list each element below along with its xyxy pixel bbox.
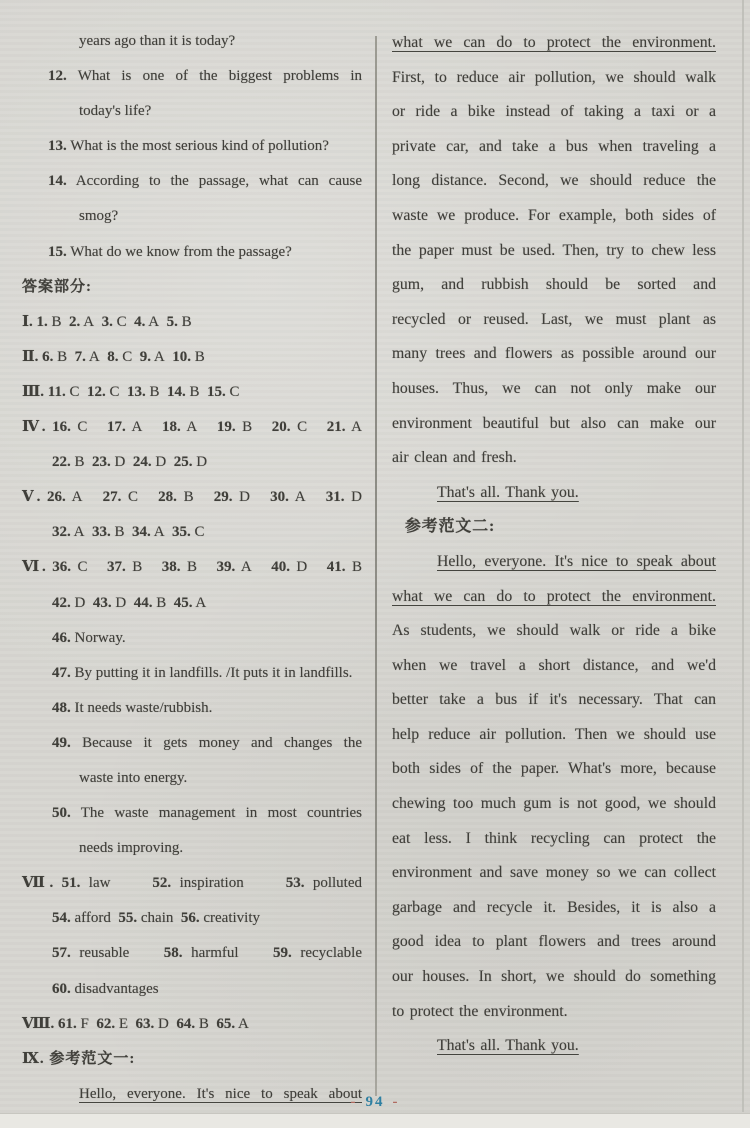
text-line: That's all. Thank you. [392,476,716,511]
text-line: houses. Thus, we can not only make our [392,372,716,407]
text-line: 参考范文二: [392,510,716,545]
text-line: 49. Because it gets money and changes th… [22,726,362,761]
text-line: what we can do to protect the environmen… [392,580,716,615]
text-line: Ⅱ. 6. B 7. A 8. C 9. A 10. B [22,340,362,375]
text-line: chewing too much gum is not good, we sho… [392,787,716,822]
text-line: 60. disadvantages [22,972,362,1007]
text-line: garbage and recycle it. Besides, it is a… [392,891,716,926]
text-line: 57. reusable 58. harmful 59. recyclable [22,936,362,971]
text-line: 47. By putting it in landfills. /It puts… [22,656,362,691]
text-line: long distance. Second, we should reduce … [392,164,716,199]
text-line: or ride a bike instead of taking a taxi … [392,95,716,130]
text-line: when we travel a short distance, and we'… [392,649,716,684]
footer-left-dash: - [351,1094,358,1110]
text-line: both sides of the paper. What's more, be… [392,752,716,787]
text-line: 42. D 43. D 44. B 45. A [22,586,362,621]
text-line: Ⅲ. 11. C 12. C 13. B 14. B 15. C [22,375,362,410]
text-line: First, to reduce air pollution, we shoul… [392,61,716,96]
left-column: years ago than it is today?12. What is o… [22,24,362,1112]
text-line: 22. B 23. D 24. D 25. D [22,445,362,480]
text-line: Ⅳ. 16. C 17. A 18. A 19. B 20. C 21. A [22,410,362,445]
text-line: needs improving. [22,831,362,866]
text-line: Ⅴ. 26. A 27. C 28. B 29. D 30. A 31. D [22,480,362,515]
text-line: private car, and take a bus when traveli… [392,130,716,165]
page-right-edge [742,0,744,1112]
text-line: many trees and flowers as possible aroun… [392,337,716,372]
text-line: the paper must be used. Then, try to che… [392,234,716,269]
text-line: recycled or reused. Last, we must plant … [392,303,716,338]
text-line: help reduce air pollution. Then we shoul… [392,718,716,753]
text-line: years ago than it is today? [22,24,362,59]
text-line: As students, we should walk or ride a bi… [392,614,716,649]
text-line: smog? [22,199,362,234]
text-line: 13. What is the most serious kind of pol… [22,129,362,164]
text-line: today's life? [22,94,362,129]
text-line: waste into energy. [22,761,362,796]
text-line: 46. Norway. [22,621,362,656]
text-line: 14. According to the passage, what can c… [22,164,362,199]
text-line: gum, and rubbish should be sorted and [392,268,716,303]
text-line: air clean and fresh. [392,441,716,476]
text-line: 50. The waste management in most countri… [22,796,362,831]
text-line: good idea to plant flowers and trees aro… [392,925,716,960]
text-line: 12. What is one of the biggest problems … [22,59,362,94]
text-line: That's all. Thank you. [392,1029,716,1064]
text-line: Ⅰ. 1. B 2. A 3. C 4. A 5. B [22,305,362,340]
text-line: Ⅷ. 61. F 62. E 63. D 64. B 65. A [22,1007,362,1042]
column-divider [375,36,377,1096]
text-line: environment beautiful but also can make … [392,407,716,442]
text-line: eat less. I think recycling can protect … [392,822,716,857]
text-line: Ⅶ. 51. law 52. inspiration 53. polluted [22,866,362,901]
right-column: what we can do to protect the environmen… [392,26,716,1064]
text-line: 答案部分: [22,270,362,305]
text-line: 48. It needs waste/rubbish. [22,691,362,726]
text-line: better take a bus if it's necessary. Tha… [392,683,716,718]
text-line: Hello, everyone. It's nice to speak abou… [392,545,716,580]
text-line: environment and save money so we can col… [392,856,716,891]
page-number: 94 [358,1094,393,1110]
text-line: Ⅵ. 36. C 37. B 38. B 39. A 40. D 41. B [22,550,362,585]
text-line: our houses. In short, we should do somet… [392,960,716,995]
text-line: what we can do to protect the environmen… [392,26,716,61]
text-line: 54. afford 55. chain 56. creativity [22,901,362,936]
footer-right-dash: - [393,1094,400,1110]
page-number-footer: -94- [0,1094,750,1111]
text-line: waste we produce. For example, both side… [392,199,716,234]
text-line: 32. A 33. B 34. A 35. C [22,515,362,550]
text-line: 15. What do we know from the passage? [22,235,362,270]
text-line: to protect the environment. [392,995,716,1030]
text-line: Ⅸ. 参考范文一: [22,1042,362,1077]
scan-bottom-edge [0,1113,750,1128]
